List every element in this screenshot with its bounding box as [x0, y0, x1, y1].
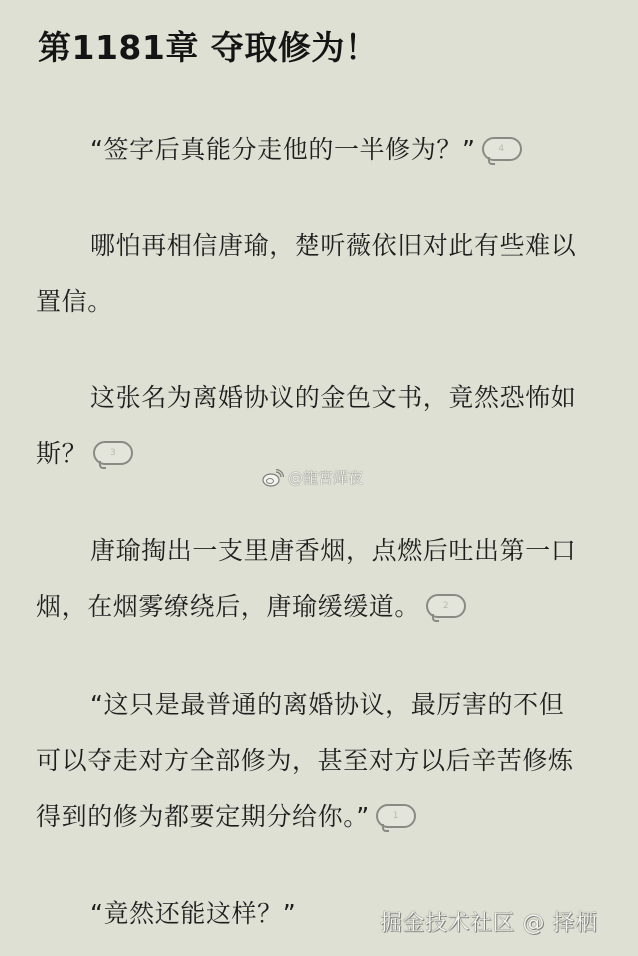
paragraph: 哪怕再相信唐瑜，楚听薇依旧对此有些难以 置信。: [36, 218, 606, 330]
paragraph-line: 得到的修为都要定期分给你。”1: [36, 789, 606, 845]
comment-bubble-icon[interactable]: 2: [426, 594, 466, 618]
paragraph-line: 哪怕再相信唐瑜，楚听薇依旧对此有些难以: [36, 218, 606, 274]
paragraph-line: 烟，在烟雾缭绕后，唐瑜缓缓道。2: [36, 579, 606, 635]
paragraph-line: 唐瑜掏出一支里唐香烟，点燃后吐出第一口: [36, 523, 606, 579]
paragraph-line: 这张名为离婚协议的金色文书，竟然恐怖如: [36, 370, 606, 426]
paragraph-line: “这只是最普通的离婚协议，最厉害的不但: [36, 677, 606, 733]
paragraph: 这张名为离婚协议的金色文书，竟然恐怖如 斯？3: [36, 370, 606, 482]
paragraph-line: 置信。: [36, 274, 606, 330]
weibo-handle: @龍宮燀夜: [288, 467, 363, 488]
paragraph: 唐瑜掏出一支里唐香烟，点燃后吐出第一口 烟，在烟雾缭绕后，唐瑜缓缓道。2: [36, 523, 606, 635]
juejin-watermark: 掘金技术社区 @ 择栖: [380, 906, 598, 937]
paragraph-text: “签字后真能分走他的一半修为？”: [90, 135, 476, 164]
comment-bubble-icon[interactable]: 1: [376, 804, 416, 828]
paragraph-text: 得到的修为都要定期分给你。”: [36, 802, 370, 831]
weibo-logo-icon: [262, 469, 284, 487]
chapter-title: 第1181章 夺取修为！: [38, 22, 378, 69]
weibo-watermark: @龍宮燀夜: [262, 467, 363, 488]
paragraph-text: 烟，在烟雾缭绕后，唐瑜缓缓道。: [36, 592, 420, 621]
comment-bubble-icon[interactable]: 4: [482, 137, 522, 161]
paragraph: “签字后真能分走他的一半修为？”4: [36, 122, 606, 178]
comment-bubble-icon[interactable]: 3: [93, 441, 133, 465]
paragraph-line: “签字后真能分走他的一半修为？”4: [36, 122, 606, 178]
paragraph-text: 斯？: [36, 439, 87, 468]
paragraph-line: 可以夺走对方全部修为，甚至对方以后辛苦修炼: [36, 733, 606, 789]
paragraph: “这只是最普通的离婚协议，最厉害的不但 可以夺走对方全部修为，甚至对方以后辛苦修…: [36, 677, 606, 845]
